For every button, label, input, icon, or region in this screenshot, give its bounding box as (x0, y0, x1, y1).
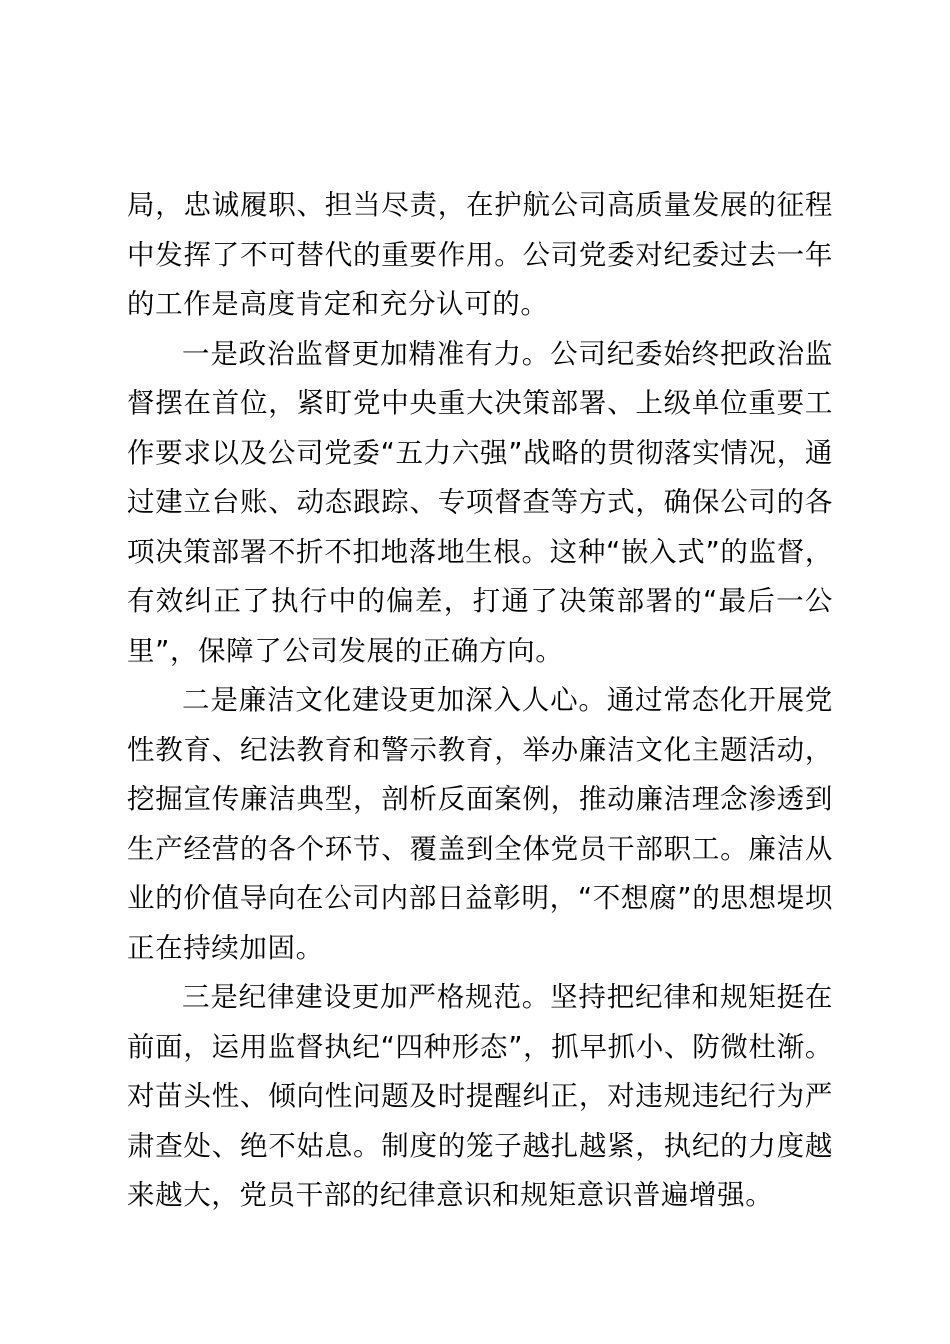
paragraph-integrity-culture: 二是廉洁文化建设更加深入人心。通过常态化开展党性教育、纪法教育和警示教育，举办廉… (127, 676, 833, 973)
paragraph-continuation: 局，忠诚履职、担当尽责，在护航公司高质量发展的征程中发挥了不可替代的重要作用。公… (127, 181, 833, 330)
paragraph-political-supervision: 一是政治监督更加精准有力。公司纪委始终把政治监督摆在首位，紧盯党中央重大决策部署… (127, 330, 833, 677)
paragraph-discipline-building: 三是纪律建设更加严格规范。坚持把纪律和规矩挺在前面，运用监督执纪“四种形态”，抓… (127, 973, 833, 1221)
document-page: 局，忠诚履职、担当尽责，在护航公司高质量发展的征程中发挥了不可替代的重要作用。公… (127, 181, 833, 1221)
